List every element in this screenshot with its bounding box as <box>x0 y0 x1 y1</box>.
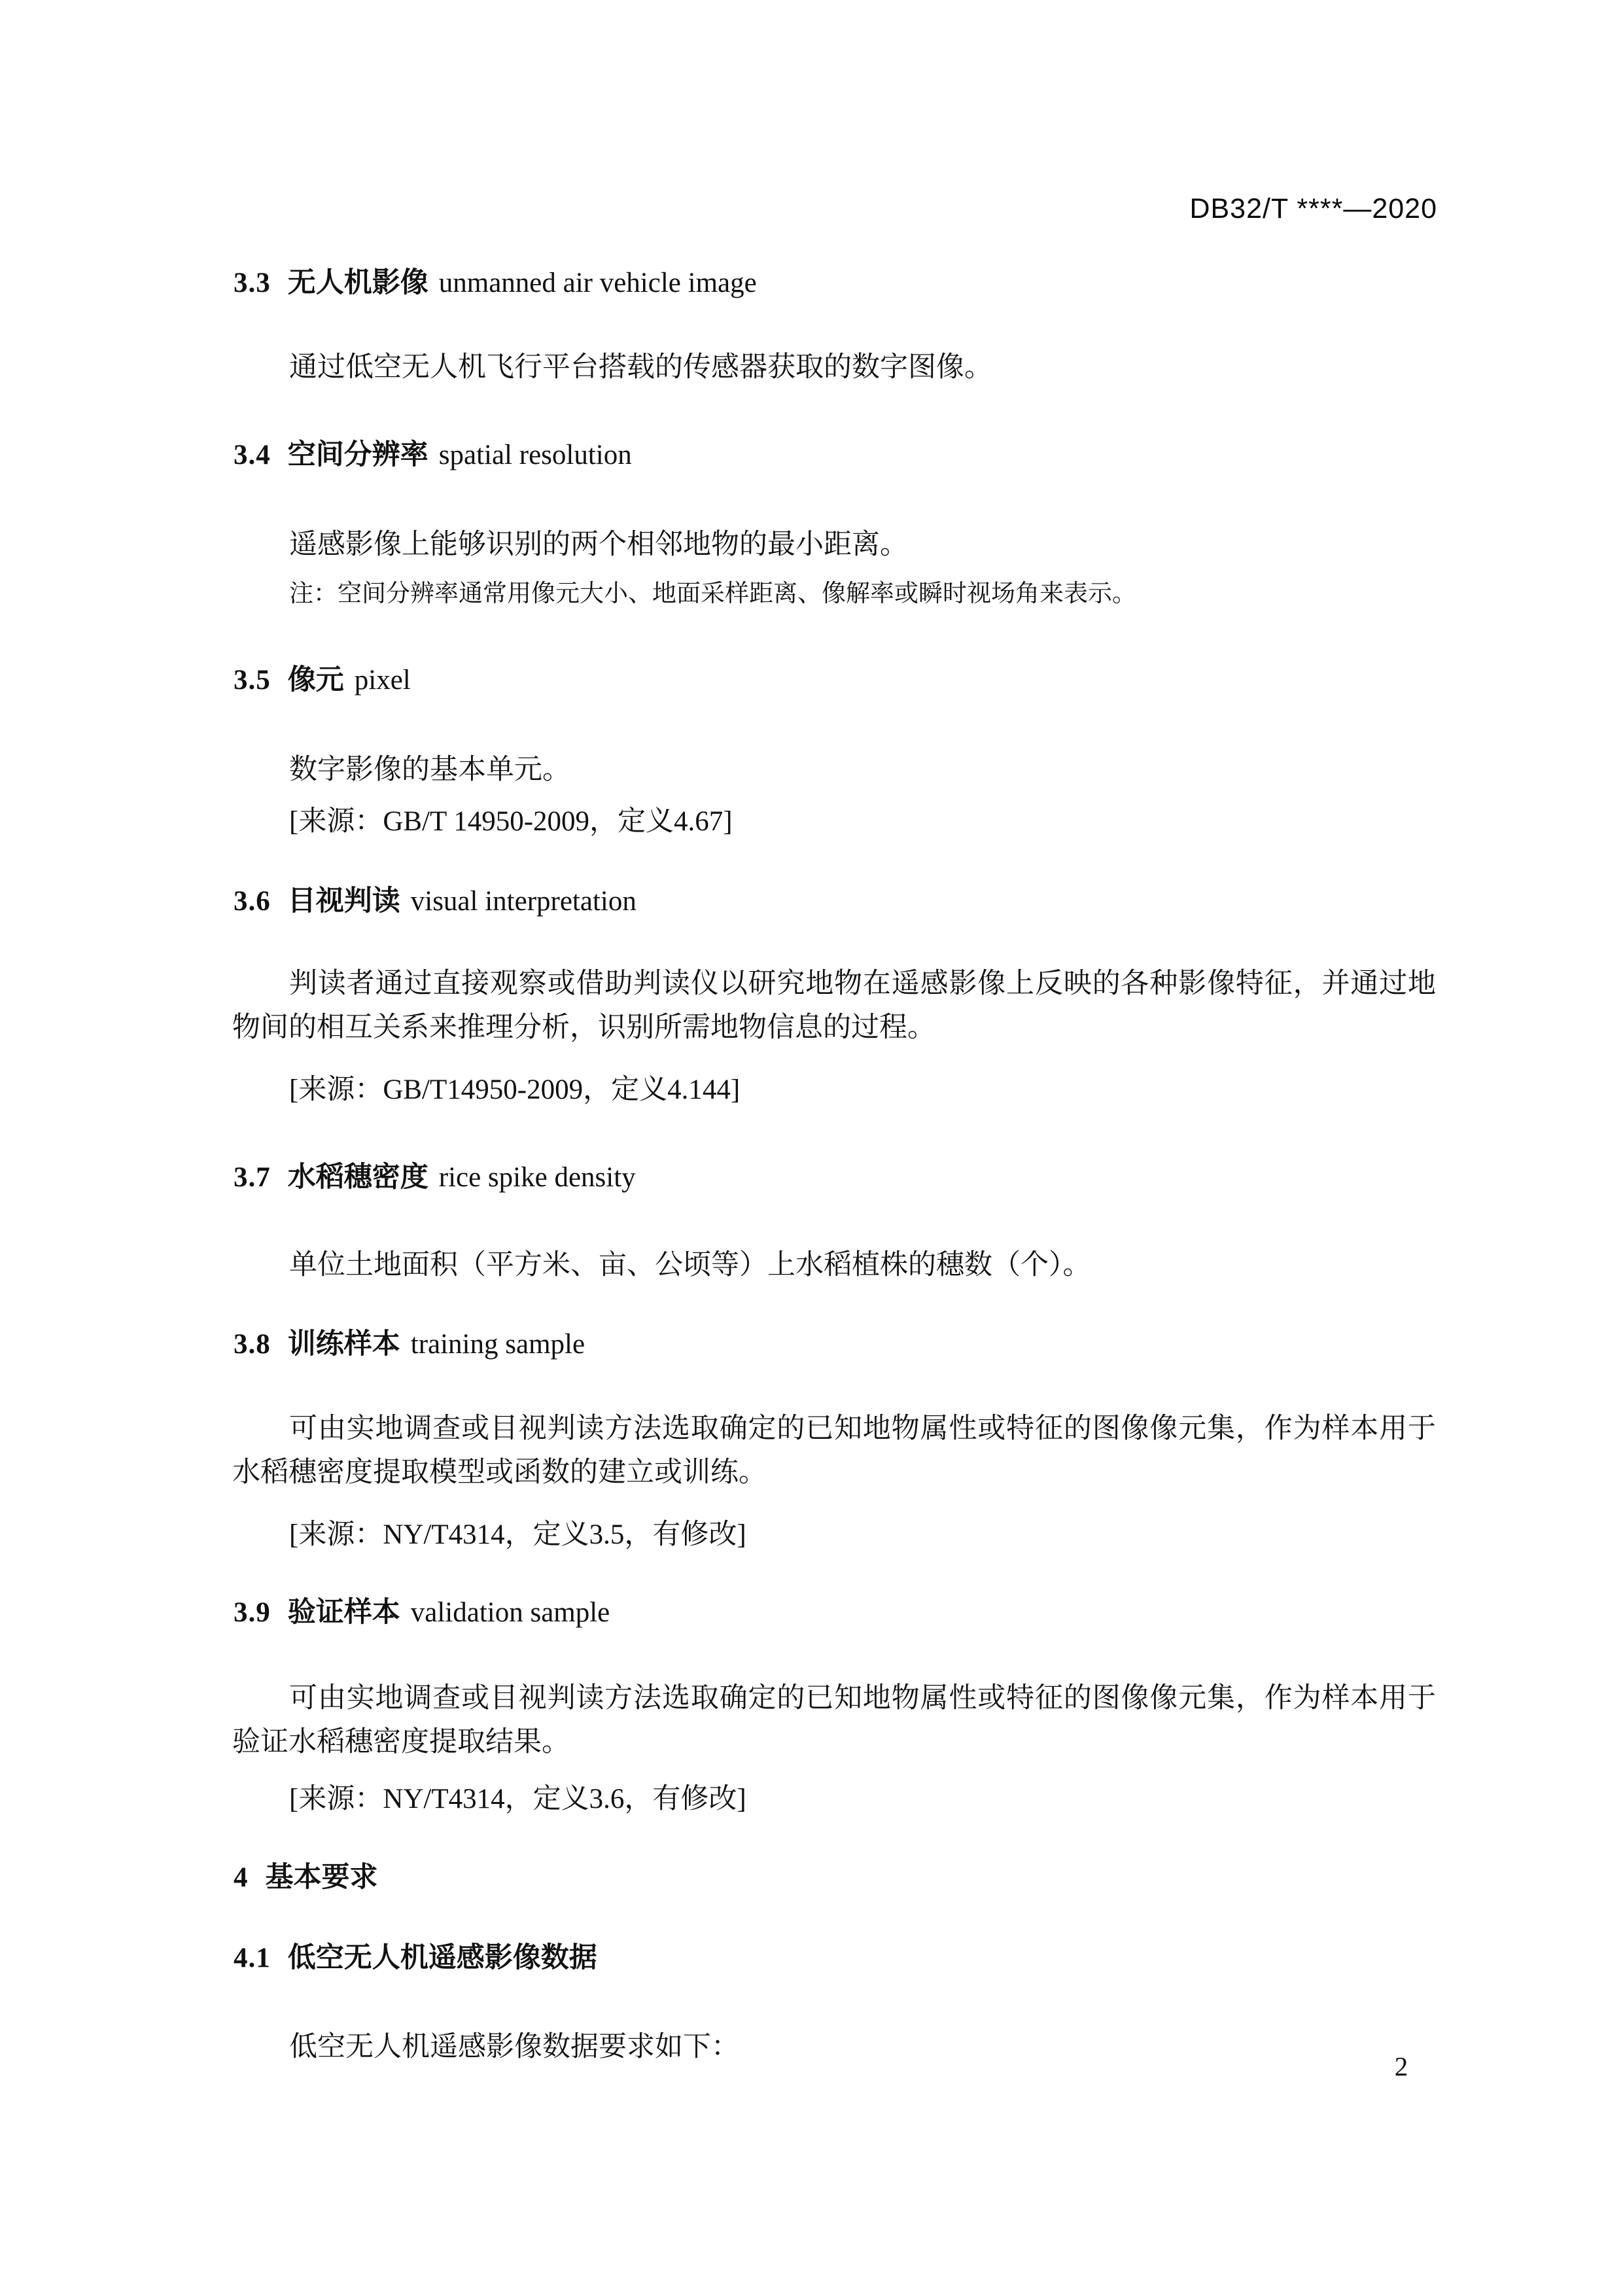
section-number: 3.8 <box>234 1329 271 1360</box>
section-heading-3-3: 3.3无人机影像unmanned air vehicle image <box>234 267 757 299</box>
section-term-zh: 验证样本 <box>288 1597 400 1628</box>
paragraph-3-4: 遥感影像上能够识别的两个相邻地物的最小距离。 <box>232 523 1436 567</box>
section-term-zh: 低空无人机遥感影像数据 <box>288 1943 597 1973</box>
section-heading-4-1: 4.1低空无人机遥感影像数据 <box>234 1942 597 1974</box>
section-number: 3.3 <box>234 268 271 298</box>
section-heading-3-5: 3.5像元pixel <box>234 664 411 696</box>
section-heading-3-8: 3.8训练样本training sample <box>234 1328 585 1360</box>
source-3-8: [来源：NY/T4314，定义3.5，有修改] <box>232 1517 1436 1553</box>
section-term-zh: 水稻穗密度 <box>288 1162 428 1193</box>
section-term-zh: 训练样本 <box>288 1329 400 1360</box>
page-number: 2 <box>1382 2052 1421 2081</box>
doc-number-header: DB32/T ****—2020 <box>0 194 1437 224</box>
document-page: { "header": { "doc_number": "DB32/T ****… <box>0 0 1623 2296</box>
section-term-zh: 无人机影像 <box>288 268 428 298</box>
section-number: 3.9 <box>234 1597 271 1628</box>
paragraph-4-1: 低空无人机遥感影像数据要求如下： <box>232 2025 1436 2069</box>
section-number: 3.7 <box>234 1162 271 1193</box>
section-term-en: visual interpretation <box>411 886 637 917</box>
section-heading-3-6: 3.6目视判读visual interpretation <box>234 885 637 917</box>
section-term-en: training sample <box>411 1329 585 1360</box>
section-term-zh: 目视判读 <box>288 886 400 917</box>
section-number: 3.5 <box>234 665 271 696</box>
section-term-en: unmanned air vehicle image <box>439 268 757 298</box>
paragraph-3-8: 可由实地调查或目视判读方法选取确定的已知地物属性或特征的图像像元集，作为样本用于… <box>232 1407 1436 1494</box>
section-term-en: rice spike density <box>439 1162 636 1193</box>
paragraph-3-9: 可由实地调查或目视判读方法选取确定的已知地物属性或特征的图像像元集，作为样本用于… <box>232 1676 1436 1764</box>
section-term-en: validation sample <box>411 1597 610 1628</box>
note-3-4: 注：空间分辨率通常用像元大小、地面采样距离、像解率或瞬时视场角来表示。 <box>232 578 1475 610</box>
source-3-9: [来源：NY/T4314，定义3.6，有修改] <box>232 1781 1436 1818</box>
section-heading-3-7: 3.7水稻穗密度rice spike density <box>234 1161 636 1193</box>
source-3-5: [来源：GB/T 14950-2009，定义4.67] <box>232 804 1436 840</box>
section-number: 4 <box>234 1862 249 1893</box>
section-term-zh: 基本要求 <box>266 1862 378 1893</box>
paragraph-3-3: 通过低空无人机飞行平台搭载的传感器获取的数字图像。 <box>232 345 1436 389</box>
section-number: 3.4 <box>234 440 271 470</box>
section-number: 4.1 <box>234 1943 271 1973</box>
paragraph-3-6: 判读者通过直接观察或借助判读仪以研究地物在遥感影像上反映的各种影像特征，并通过地… <box>232 962 1436 1050</box>
section-number: 3.6 <box>234 886 271 917</box>
section-heading-3-9: 3.9验证样本validation sample <box>234 1597 610 1629</box>
section-term-zh: 像元 <box>288 665 344 696</box>
section-term-en: pixel <box>355 665 411 696</box>
section-heading-4: 4基本要求 <box>234 1862 378 1894</box>
source-3-6: [来源：GB/T14950-2009，定义4.144] <box>232 1072 1436 1108</box>
section-term-zh: 空间分辨率 <box>288 440 428 470</box>
paragraph-3-7: 单位土地面积（平方米、亩、公顷等）上水稻植株的穗数（个）。 <box>232 1243 1436 1287</box>
paragraph-3-5: 数字影像的基本单元。 <box>232 748 1436 792</box>
section-heading-3-4: 3.4空间分辨率spatial resolution <box>234 439 632 471</box>
section-term-en: spatial resolution <box>439 440 632 470</box>
